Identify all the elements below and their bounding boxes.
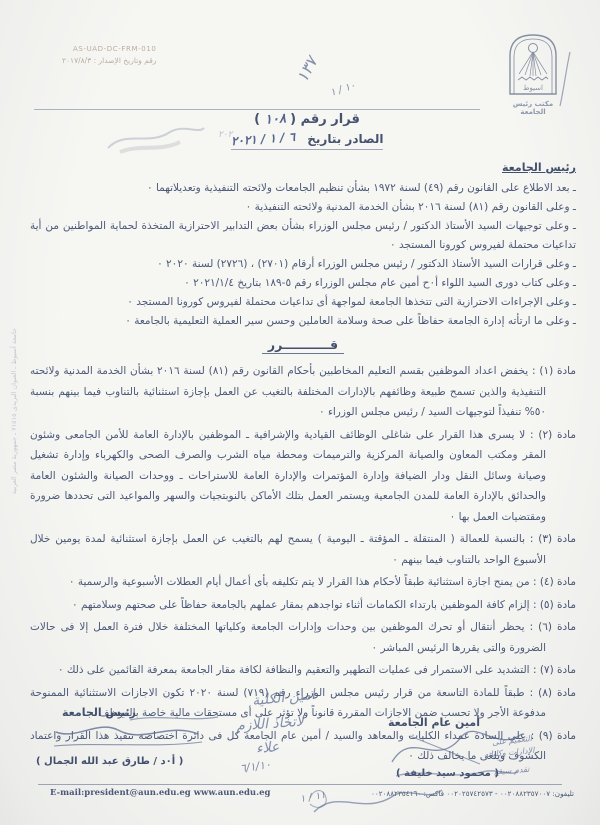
handwritten-routing-number: ١٣٧ (292, 54, 321, 86)
decision-label-close: ) (254, 112, 260, 127)
preamble-item: ـ وعلى توجيهات السيد الأستاذ الدكتور / ر… (30, 217, 576, 255)
university-logo: اسيوط مكتب رئيس الجامعة (500, 30, 566, 116)
article-text: يخفض اعداد الموظفين بقسم التعليم المخاطب… (30, 365, 546, 418)
article-1: مادة (١) : يخفض اعداد الموظفين بقسم التع… (30, 361, 576, 423)
form-code: AS-UAD-DC-FRM-010 (62, 44, 156, 55)
article-label: مادة (٥) : (533, 599, 576, 611)
authority-heading: رئيس الجامعة (30, 158, 576, 177)
handwritten-routing-date: ١٠ / ١ (329, 80, 357, 98)
article-6: مادة (٦) : يحظر أنتقال أو تحرك الموظفين … (30, 617, 576, 658)
article-text: التشديد على الاستمرار فى عمليات التطهير … (58, 664, 530, 676)
margin-side-text: جامعة أسيوط ـ العنوان البريدى ٧١٥١٥ ـ جم… (10, 328, 18, 588)
handwritten-issue-date: ٦ / ١ / ٢٠٢١ (230, 130, 295, 148)
faint-number-mark: ٢٠٢ (218, 130, 233, 140)
header-divider (34, 109, 480, 110)
article-label: مادة (١) : (532, 365, 576, 377)
fax-label: فاكس: (423, 789, 444, 798)
article-label: مادة (٩) : (531, 730, 576, 742)
decision-number-line: قرار رقم ( ١٠٨ ) (182, 112, 432, 127)
phone-numbers: ٠٠٢٠٨٨٢٣٥٧٠٠٧ - ٠٠٢٠٢٥٧٤٢٥٧٣ (446, 789, 550, 798)
footer-divider (38, 784, 562, 785)
handwritten-footer-date: ١١ / ١ (299, 790, 326, 805)
article-text: لا يسرى هذا القرار على شاغلى الوظائف الق… (30, 429, 546, 523)
handwritten-decision-number: ١٠٨ (264, 111, 286, 127)
article-label: مادة (٢) : (530, 429, 576, 441)
phone-label: تليفون: (552, 789, 574, 798)
scanned-decree-page: AS-UAD-DC-FRM-010 رقم وتاريخ الإصدار : ٢… (0, 0, 600, 825)
decision-date-line: الصادر بتاريخ ٦ / ١ / ٢٠٢١ (231, 132, 384, 150)
decree-body: رئيس الجامعة ـ بعد الاطلاع على القانون ر… (30, 158, 576, 769)
issued-on-label: الصادر بتاريخ (307, 132, 383, 146)
article-4: مادة (٤) : من يمنح اجازة استثنائية طبقاً… (30, 572, 576, 593)
preamble-item: ـ وعلى ما ارتأته إدارة الجامعة حفاظاً عل… (30, 312, 576, 331)
decree-word: قـــــــــــرر (262, 337, 344, 354)
handwritten-note-date: ٦/١/١٠ (239, 758, 272, 775)
article-label: مادة (٧) : (533, 664, 576, 676)
article-5: مادة (٥) : إلزام كافة الموظفين بارتداء ا… (30, 595, 576, 616)
form-issue-date: رقم وتاريخ الإصدار : ٢٠١٧/٨/٣ (62, 55, 156, 66)
secretary-general-title: أمين عام الجامعة (388, 716, 480, 729)
secretary-general-name: ( محمود سيد خليفة ) (396, 768, 499, 779)
article-text: بالنسبة للعمالة ( المنتقلة ـ المؤقتة ـ ا… (30, 533, 546, 566)
preamble-item: ـ وعلى القانون رقم (٨١) لسنة ٢٠١٦ بشأن ا… (30, 198, 576, 217)
footer-phones: تليفون: ٠٠٢٠٨٨٢٣٥٧٠٠٧ - ٠٠٢٠٢٥٧٤٢٥٧٣ فاك… (371, 789, 574, 798)
handwritten-side-note3: تقدم سيقع (494, 765, 530, 776)
preamble-item: ـ وعلى الإجراءات الاحترازية التى تتخذها … (30, 293, 576, 312)
article-3: مادة (٣) : بالنسبة للعمالة ( المنتقلة ـ … (30, 529, 576, 570)
handwritten-note-line3: علاء (255, 739, 280, 757)
article-7: مادة (٧) : التشديد على الاستمرار فى عملي… (30, 660, 576, 681)
article-label: مادة (٣) : (530, 533, 576, 545)
decree-word-line: قـــــــــــرر (30, 335, 576, 356)
article-text: يحظر أنتقال أو تحرك الموظفين بين وحدات و… (30, 621, 546, 654)
article-label: مادة (٤) : (533, 576, 576, 588)
footer-email-web: E-mail:president@aun.edu.eg www.aun.edu.… (50, 788, 270, 798)
article-label: مادة (٨) : (530, 687, 576, 699)
preamble-item: ـ وعلى قرارات السيد الأستاذ الدكتور / رئ… (30, 255, 576, 274)
article-text: إلزام كافة الموظفين بارتداء الكمامات أثن… (72, 599, 530, 611)
emblem-text: اسيوط (523, 84, 543, 92)
president-name: ( أ٠د / طارق عبد الله الجمال ) (36, 756, 183, 767)
article-2: مادة (٢) : لا يسرى هذا القرار على شاغلى … (30, 425, 576, 528)
university-emblem-icon: اسيوط (500, 30, 566, 96)
preamble-item: ـ وعلى كتاب دورى السيد اللواء أ٠ح أمين ع… (30, 274, 576, 293)
decision-label: قرار رقم ( (290, 112, 360, 127)
fax-number: ٠٠٢٠٨٨٢٣٥٤١٦٠ (371, 789, 421, 798)
form-code-block: AS-UAD-DC-FRM-010 رقم وتاريخ الإصدار : ٢… (62, 44, 156, 66)
preamble-item: ـ بعد الاطلاع على القانون رقم (٤٩) لسنة … (30, 179, 576, 198)
footer-signature-flourish (308, 782, 448, 822)
office-caption: مكتب رئيس الجامعة (500, 100, 566, 116)
article-label: مادة (٦) : (530, 621, 576, 633)
president-title: رئيس الجامعة (62, 706, 136, 719)
article-text: من يمنح اجازة استثنائية طبقاً لأحكام هذا… (69, 576, 530, 588)
